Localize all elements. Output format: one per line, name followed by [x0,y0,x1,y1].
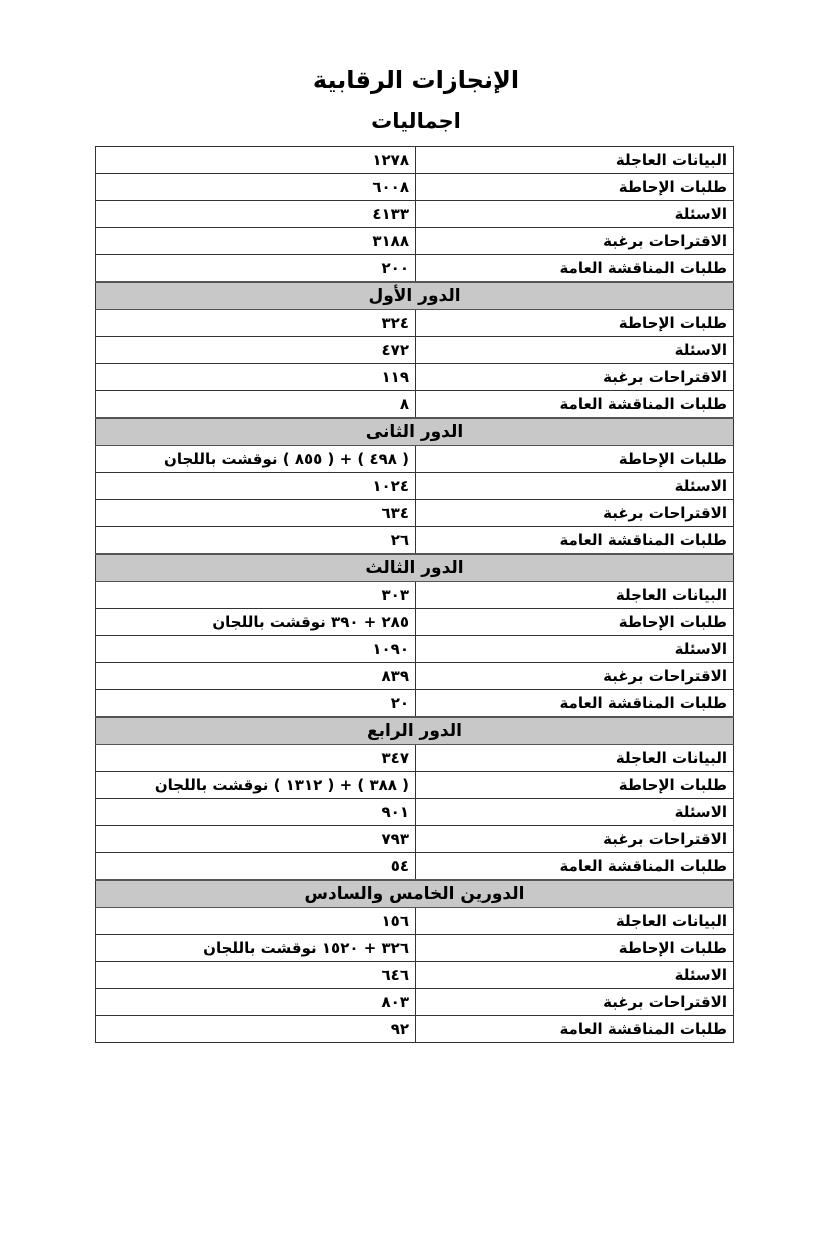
table-row: طلبات المناقشة العامة ٢٦ [96,527,734,555]
table-row: البيانات العاجلة ٣٠٣ [96,582,734,609]
row-label: طلبات المناقشة العامة [416,853,734,881]
table-row-totals-proposals: الاقتراحات برغبة ٣١٨٨ [96,228,734,255]
row-label: البيانات العاجلة [416,582,734,609]
row-value: ( ٤٩٨ ) + ( ٨٥٥ ) نوقشت باللجان [96,446,416,473]
row-value: ( ٣٨٨ ) + ( ١٣١٢ ) نوقشت باللجان [96,772,416,799]
section-header-session-3: الدور الثالث [96,554,734,582]
page-title: الإنجازات الرقابية [0,62,832,98]
table-row: البيانات العاجلة ٣٤٧ [96,745,734,772]
row-value: ٨٠٣ [96,989,416,1016]
table-row: الاقتراحات برغبة ١١٩ [96,364,734,391]
row-label: طلبات الإحاطة [416,310,734,337]
row-value: ٨ [96,391,416,419]
table-row: طلبات الإحاطة ٢٨٥ + ٣٩٠ نوقشت باللجان [96,609,734,636]
row-label: طلبات الإحاطة [416,935,734,962]
row-label: الاسئلة [416,201,734,228]
table-row-totals-public-discussion: طلبات المناقشة العامة ٢٠٠ [96,255,734,283]
row-value: ٦٠٠٨ [96,174,416,201]
table-row: الاقتراحات برغبة ٧٩٣ [96,826,734,853]
row-value: ١١٩ [96,364,416,391]
table-row: طلبات المناقشة العامة ٢٠ [96,690,734,718]
page-subtitle: اجماليات [0,104,832,138]
row-value: ٢٠٠ [96,255,416,283]
row-value: ٤٧٢ [96,337,416,364]
achievements-table: البيانات العاجلة ١٢٧٨ طلبات الإحاطة ٦٠٠٨… [95,146,734,1043]
row-value: ٤١٣٣ [96,201,416,228]
table-row: الاقتراحات برغبة ٨٠٣ [96,989,734,1016]
section-header-session-4: الدور الرابع [96,717,734,745]
row-value: ٦٤٦ [96,962,416,989]
section-heading: الدور الثالث [96,554,734,582]
row-label: الاسئلة [416,337,734,364]
row-label: الاقتراحات برغبة [416,228,734,255]
section-heading: الدور الثانى [96,418,734,446]
section-header-session-2: الدور الثانى [96,418,734,446]
row-value: ٣٠٣ [96,582,416,609]
table-row-totals-urgent-statements: البيانات العاجلة ١٢٧٨ [96,147,734,174]
row-label: طلبات الإحاطة [416,772,734,799]
row-label: طلبات المناقشة العامة [416,255,734,283]
row-value: ٢٨٥ + ٣٩٠ نوقشت باللجان [96,609,416,636]
section-heading: الدور الرابع [96,717,734,745]
row-label: الاقتراحات برغبة [416,826,734,853]
row-label: البيانات العاجلة [416,745,734,772]
table-row: طلبات المناقشة العامة ٩٢ [96,1016,734,1043]
section-heading: الدور الأول [96,282,734,310]
table-row: طلبات الإحاطة ( ٣٨٨ ) + ( ١٣١٢ ) نوقشت ب… [96,772,734,799]
section-header-session-1: الدور الأول [96,282,734,310]
table-row: طلبات المناقشة العامة ٥٤ [96,853,734,881]
table-row-totals-briefing-requests: طلبات الإحاطة ٦٠٠٨ [96,174,734,201]
row-label: الاسئلة [416,636,734,663]
table-row: الاسئلة ٦٤٦ [96,962,734,989]
table-row: البيانات العاجلة ١٥٦ [96,908,734,935]
table-row: الاسئلة ١٠٢٤ [96,473,734,500]
row-value: ٢٠ [96,690,416,718]
row-value: ١٥٦ [96,908,416,935]
row-label: الاقتراحات برغبة [416,989,734,1016]
row-label: طلبات المناقشة العامة [416,690,734,718]
row-value: ٦٣٤ [96,500,416,527]
table-row: طلبات الإحاطة ٣٢٦ + ١٥٢٠ نوقشت باللجان [96,935,734,962]
row-value: ٣٢٤ [96,310,416,337]
row-label: البيانات العاجلة [416,147,734,174]
row-label: طلبات الإحاطة [416,609,734,636]
table-row-totals-questions: الاسئلة ٤١٣٣ [96,201,734,228]
table-row: طلبات الإحاطة ( ٤٩٨ ) + ( ٨٥٥ ) نوقشت با… [96,446,734,473]
row-label: طلبات الإحاطة [416,174,734,201]
row-value: ٥٤ [96,853,416,881]
table-row: الاقتراحات برغبة ٨٣٩ [96,663,734,690]
row-label: الاسئلة [416,799,734,826]
table-row: الاسئلة ١٠٩٠ [96,636,734,663]
section-header-sessions-5-6: الدورين الخامس والسادس [96,880,734,908]
row-label: طلبات المناقشة العامة [416,527,734,555]
row-value: ٣٢٦ + ١٥٢٠ نوقشت باللجان [96,935,416,962]
row-label: طلبات المناقشة العامة [416,1016,734,1043]
row-value: ٩٢ [96,1016,416,1043]
row-label: الاقتراحات برغبة [416,663,734,690]
row-label: الاسئلة [416,473,734,500]
row-value: ٩٠١ [96,799,416,826]
section-heading: الدورين الخامس والسادس [96,880,734,908]
row-value: ١٠٩٠ [96,636,416,663]
row-value: ٣١٨٨ [96,228,416,255]
row-label: الاقتراحات برغبة [416,364,734,391]
row-label: طلبات الإحاطة [416,446,734,473]
row-label: البيانات العاجلة [416,908,734,935]
row-value: ١٢٧٨ [96,147,416,174]
table-row: طلبات الإحاطة ٣٢٤ [96,310,734,337]
table-row: الاقتراحات برغبة ٦٣٤ [96,500,734,527]
row-label: الاقتراحات برغبة [416,500,734,527]
row-value: ٣٤٧ [96,745,416,772]
row-value: ١٠٢٤ [96,473,416,500]
row-value: ٨٣٩ [96,663,416,690]
table-row: الاسئلة ٤٧٢ [96,337,734,364]
table-row: طلبات المناقشة العامة ٨ [96,391,734,419]
row-value: ٢٦ [96,527,416,555]
row-value: ٧٩٣ [96,826,416,853]
row-label: طلبات المناقشة العامة [416,391,734,419]
row-label: الاسئلة [416,962,734,989]
table-row: الاسئلة ٩٠١ [96,799,734,826]
